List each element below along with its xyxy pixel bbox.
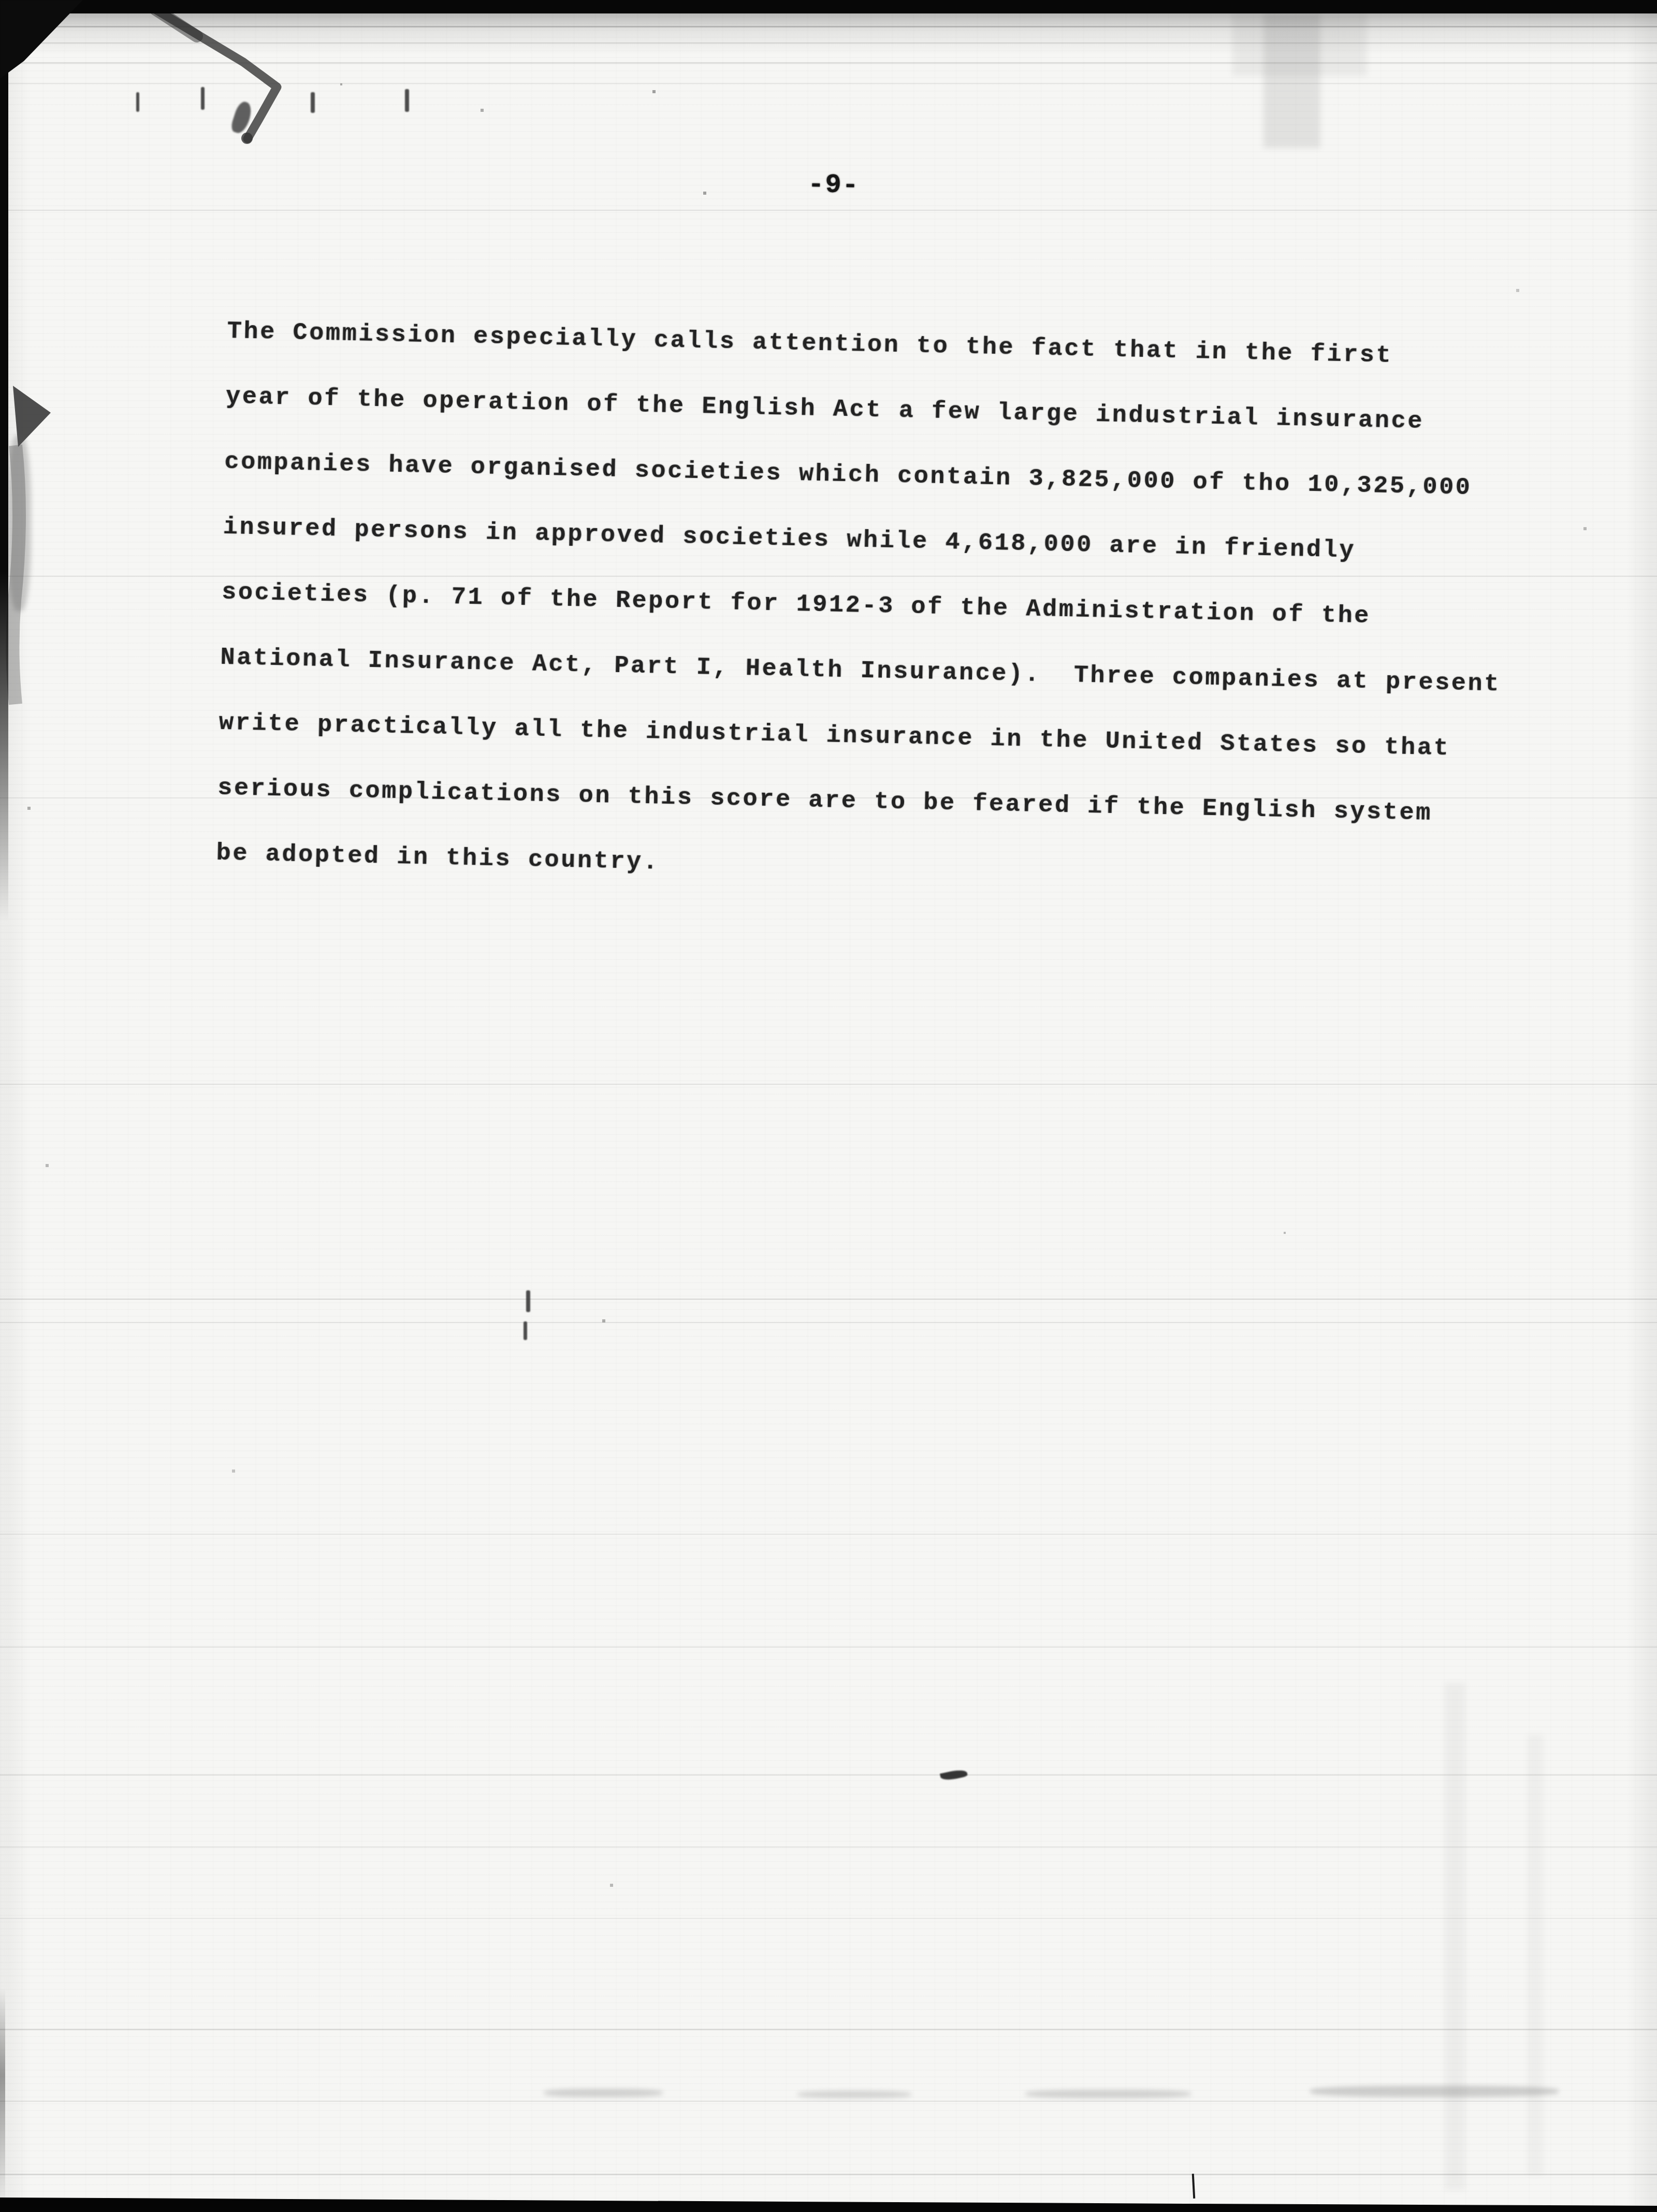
scan-line <box>0 1084 1657 1085</box>
pencil-tick <box>526 1290 530 1312</box>
bleed-through-smudge <box>544 2089 663 2097</box>
pencil-tick <box>136 92 139 112</box>
scan-line <box>0 2029 1657 2030</box>
pencil-tick <box>311 92 315 113</box>
scan-line <box>0 1299 1657 1300</box>
scan-line <box>0 1774 1657 1776</box>
scan-line <box>0 1534 1657 1535</box>
scan-edge-bottom <box>0 2190 1657 2212</box>
scan-line <box>0 1322 1657 1323</box>
scan-line <box>0 210 1657 211</box>
paragraph: The Commission especially calls attentio… <box>215 299 1574 914</box>
scan-line <box>0 1647 1657 1648</box>
scan-vertical-streak <box>1528 1735 1543 2175</box>
scan-edge-top <box>0 0 1657 13</box>
pencil-tick <box>201 87 205 110</box>
scan-line <box>0 1918 1657 1919</box>
bleed-through-smudge <box>1025 2090 1191 2098</box>
pencil-tick <box>405 89 409 112</box>
bleed-through-smudge <box>797 2091 911 2098</box>
pencil-tick <box>524 1321 527 1340</box>
page-number: -9- <box>797 169 870 201</box>
bleed-through-smudge <box>1310 2086 1559 2097</box>
scan-line <box>0 1846 1657 1847</box>
scan-vertical-streak <box>1445 1683 1465 2190</box>
scan-hairline-artifact <box>1192 2174 1196 2199</box>
scan-edge-left <box>0 0 8 922</box>
scanned-page: -9- The Commission especially calls atte… <box>0 0 1657 2212</box>
scan-edge-left-lower <box>0 1988 5 2206</box>
scan-line <box>0 2174 1657 2175</box>
edge-smudge <box>7 435 31 611</box>
pencil-tilde-mark <box>940 1768 968 1782</box>
scan-line <box>0 2101 1657 2102</box>
pencil-checkmark-scribble <box>0 0 362 207</box>
